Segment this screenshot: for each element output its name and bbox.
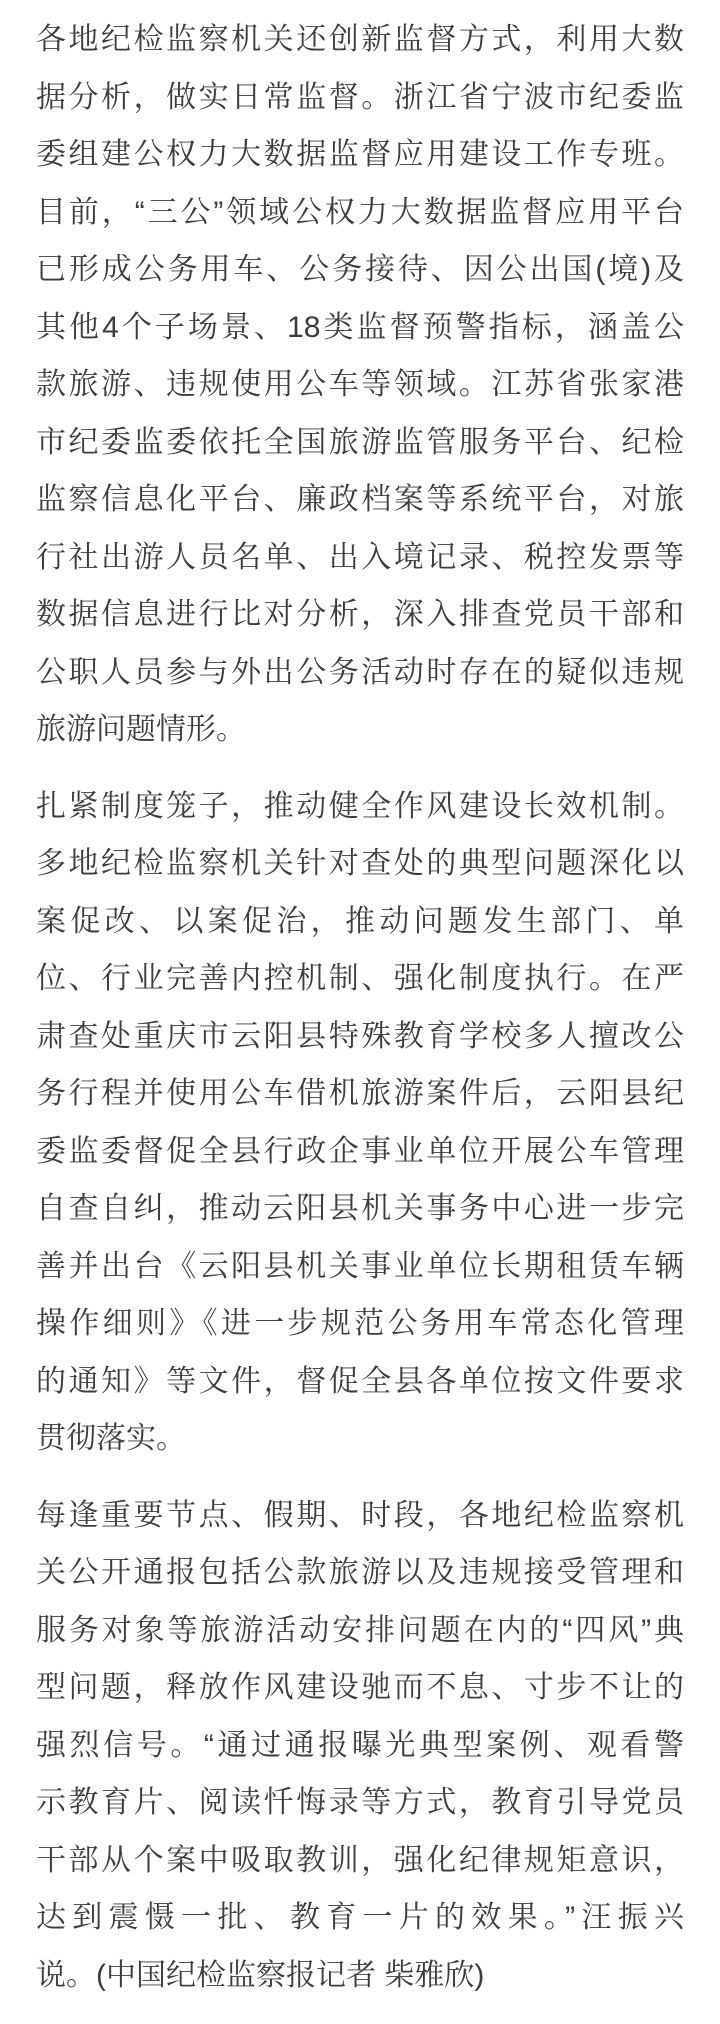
- text-line: 其他4个子场景、18类监督预警指标，涵盖公: [36, 299, 684, 357]
- text-line: 监察信息化平台、廉政档案等系统平台，对旅: [36, 471, 684, 529]
- text-line: 委组建公权力大数据监督应用建设工作专班。: [36, 126, 684, 184]
- text-line: 肃查处重庆市云阳县特殊教育学校多人擅改公: [36, 1008, 684, 1066]
- text-line: 数据信息进行比对分析，深入排查党员干部和: [36, 586, 684, 644]
- text-line: 每逢重要节点、假期、时段，各地纪检监察机: [36, 1487, 684, 1545]
- text-line: 服务对象等旅游活动安排问题在内的“四风”典: [36, 1602, 684, 1660]
- text-line: 贯彻落实。: [36, 1410, 684, 1468]
- text-line: 达到震慑一批、教育一片的效果。”汪振兴: [36, 1889, 684, 1947]
- text-line: 关公开通报包括公款旅游以及违规接受管理和: [36, 1544, 684, 1602]
- text-line: 多地纪检监察机关针对查处的典型问题深化以: [36, 835, 684, 893]
- text-line: 务行程并使用公车借机旅游案件后，云阳县纪: [36, 1065, 684, 1123]
- text-line: 委监委督促全县行政企事业单位开展公车管理: [36, 1123, 684, 1181]
- text-line: 的通知》等文件，督促全县各单位按文件要求: [36, 1353, 684, 1411]
- article-body: 各地纪检监察机关还创新监督方式，利用大数据分析，做实日常监督。浙江省宁波市纪委监…: [0, 0, 720, 2024]
- text-line: 型问题，释放作风建设驰而不息、寸步不让的: [36, 1659, 684, 1717]
- paragraph: 每逢重要节点、假期、时段，各地纪检监察机关公开通报包括公款旅游以及违规接受管理和…: [36, 1487, 684, 2005]
- text-line: 旅游问题情形。: [36, 701, 684, 759]
- text-line: 干部从个案中吸取教训，强化纪律规矩意识，: [36, 1832, 684, 1890]
- text-line: 操作细则》《进一步规范公务用车常态化管理: [36, 1295, 684, 1353]
- text-line: 款旅游、违规使用公车等领域。江苏省张家港: [36, 356, 684, 414]
- text-line: 示教育片、阅读忏悔录等方式，教育引导党员: [36, 1774, 684, 1832]
- paragraph: 扎紧制度笼子，推动健全作风建设长效机制。多地纪检监察机关针对查处的典型问题深化以…: [36, 778, 684, 1468]
- article-page: 各地纪检监察机关还创新监督方式，利用大数据分析，做实日常监督。浙江省宁波市纪委监…: [0, 0, 720, 2024]
- paragraph: 各地纪检监察机关还创新监督方式，利用大数据分析，做实日常监督。浙江省宁波市纪委监…: [36, 11, 684, 759]
- text-line: 案促改、以案促治，推动问题发生部门、单: [36, 893, 684, 951]
- text-line: 行社出游人员名单、出入境记录、税控发票等: [36, 529, 684, 587]
- text-line: 各地纪检监察机关还创新监督方式，利用大数: [36, 11, 684, 69]
- text-line: 已形成公务用车、公务接待、因公出国(境)及: [36, 241, 684, 299]
- text-line: 扎紧制度笼子，推动健全作风建设长效机制。: [36, 778, 684, 836]
- text-line: 强烈信号。“通过通报曝光典型案例、观看警: [36, 1717, 684, 1775]
- text-line: 说。(中国纪检监察报记者 柴雅欣): [36, 1947, 684, 2005]
- text-line: 据分析，做实日常监督。浙江省宁波市纪委监: [36, 69, 684, 127]
- text-line: 目前，“三公”领域公权力大数据监督应用平台: [36, 184, 684, 242]
- text-line: 公职人员参与外出公务活动时存在的疑似违规: [36, 644, 684, 702]
- text-line: 位、行业完善内控机制、强化制度执行。在严: [36, 950, 684, 1008]
- text-line: 自查自纠，推动云阳县机关事务中心进一步完: [36, 1180, 684, 1238]
- text-line: 市纪委监委依托全国旅游监管服务平台、纪检: [36, 414, 684, 472]
- text-line: 善并出台《云阳县机关事业单位长期租赁车辆: [36, 1238, 684, 1296]
